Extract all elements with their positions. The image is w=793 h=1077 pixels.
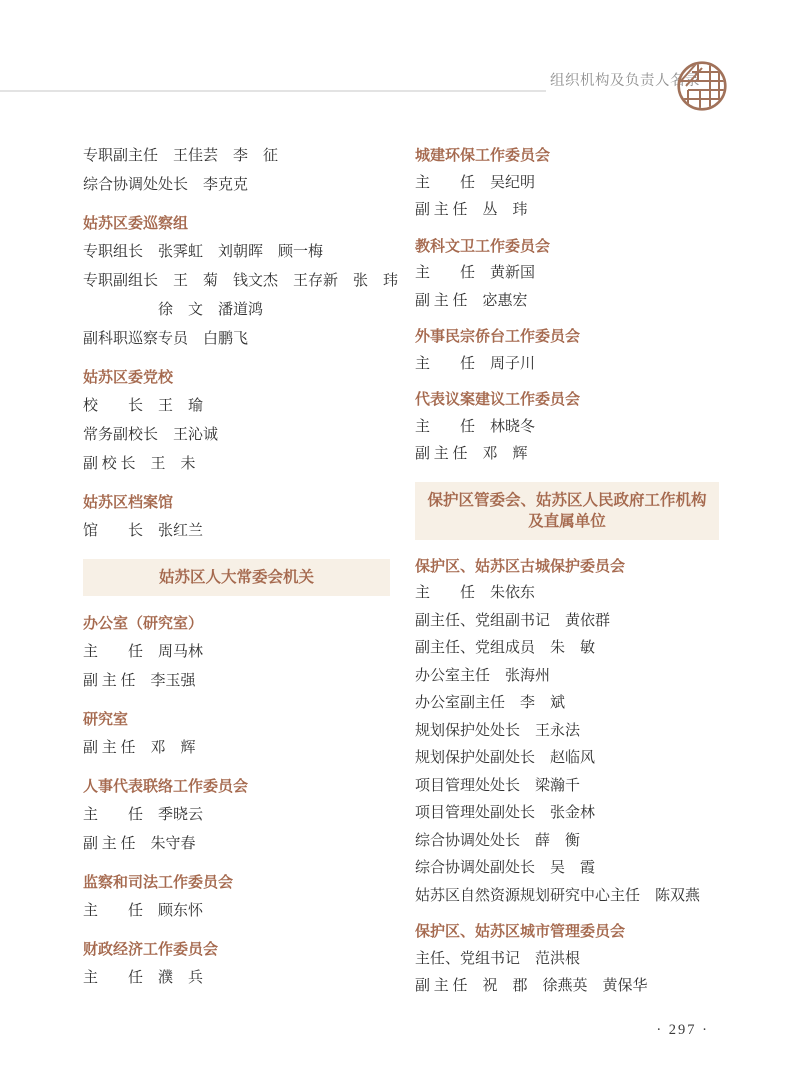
personnel-line: 综合协调处处长 李克克 — [83, 171, 390, 200]
org-name-heading: 保护区、姑苏区城市管理委员会 — [415, 918, 719, 946]
org-name-heading: 城建环保工作委员会 — [415, 142, 719, 170]
personnel-line: 综合协调处处长 薛 衡 — [415, 828, 719, 856]
running-head-title: 组织机构及负责人名录 — [550, 69, 674, 90]
personnel-line: 专职组长 张霁虹 刘朝晖 顾一梅 — [83, 238, 390, 267]
org-section: 保护区、姑苏区古城保护委员会主 任 朱依东副主任、党组副书记 黄依群副主任、党组… — [415, 553, 719, 911]
personnel-line: 主任、党组书记 范洪根 — [415, 946, 719, 974]
personnel-line: 常务副校长 王沁诚 — [83, 421, 390, 450]
org-name-heading: 代表议案建议工作委员会 — [415, 386, 719, 414]
personnel-line: 专职副主任 王佳芸 李 征 — [83, 142, 390, 171]
personnel-line: 主 任 林晓冬 — [415, 414, 719, 442]
org-section: 办公室（研究室）主 任 周马林副 主 任 李玉强 — [83, 609, 390, 696]
personnel-line: 项目管理处处长 梁瀚千 — [415, 773, 719, 801]
lattice-window-seal-icon — [676, 60, 728, 112]
org-name-heading: 姑苏区委巡察组 — [83, 209, 390, 238]
personnel-line: 办公室主任 张海州 — [415, 663, 719, 691]
personnel-line: 馆 长 张红兰 — [83, 517, 390, 546]
personnel-line: 主 任 季晓云 — [83, 801, 390, 830]
org-section: 外事民宗侨台工作委员会主 任 周子川 — [415, 323, 719, 378]
personnel-line: 副 主 任 丛 玮 — [415, 197, 719, 225]
personnel-line: 徐 文 潘道鸿 — [83, 296, 390, 325]
yearbook-page: 组织机构及负责人名录 — [0, 0, 793, 1077]
personnel-line: 规划保护处副处长 赵临风 — [415, 745, 719, 773]
personnel-line: 副 主 任 邓 辉 — [83, 734, 390, 763]
running-head: 组织机构及负责人名录 — [0, 58, 793, 114]
org-name-heading: 人事代表联络工作委员会 — [83, 772, 390, 801]
personnel-line: 主 任 朱依东 — [415, 580, 719, 608]
org-section: 姑苏区委党校校 长 王 瑜常务副校长 王沁诚副 校 长 王 未 — [83, 363, 390, 479]
org-section: 研究室副 主 任 邓 辉 — [83, 705, 390, 763]
page-body: 专职副主任 王佳芸 李 征综合协调处处长 李克克姑苏区委巡察组专职组长 张霁虹 … — [83, 142, 719, 1001]
personnel-line: 综合协调处副处长 吴 霞 — [415, 855, 719, 883]
org-name-heading: 研究室 — [83, 705, 390, 734]
personnel-line: 副 主 任 宓惠宏 — [415, 288, 719, 316]
org-name-heading: 监察和司法工作委员会 — [83, 868, 390, 897]
org-name-heading: 财政经济工作委员会 — [83, 935, 390, 964]
personnel-line: 副 主 任 祝 郡 徐燕英 黄保华 — [415, 973, 719, 1001]
org-section: 姑苏区委巡察组专职组长 张霁虹 刘朝晖 顾一梅专职副组长 王 菊 钱文杰 王存新… — [83, 209, 390, 354]
personnel-line: 项目管理处副处长 张金林 — [415, 800, 719, 828]
personnel-line: 副 校 长 王 未 — [83, 450, 390, 479]
org-section: 城建环保工作委员会主 任 吴纪明副 主 任 丛 玮 — [415, 142, 719, 225]
page-number: · 297 · — [656, 1022, 709, 1039]
personnel-line: 副 主 任 邓 辉 — [415, 441, 719, 469]
group-banner: 姑苏区人大常委会机关 — [83, 559, 390, 596]
org-name-heading: 教科文卫工作委员会 — [415, 233, 719, 261]
personnel-line: 主 任 顾东怀 — [83, 897, 390, 926]
personnel-line: 副科职巡察专员 白鹏飞 — [83, 325, 390, 354]
personnel-line: 主 任 濮 兵 — [83, 964, 390, 993]
personnel-line: 规划保护处处长 王永法 — [415, 718, 719, 746]
personnel-line: 姑苏区自然资源规划研究中心主任 陈双燕 — [415, 883, 719, 911]
personnel-line: 校 长 王 瑜 — [83, 392, 390, 421]
personnel-line: 办公室副主任 李 斌 — [415, 690, 719, 718]
org-section: 姑苏区档案馆馆 长 张红兰 — [83, 488, 390, 546]
org-section: 人事代表联络工作委员会主 任 季晓云副 主 任 朱守春 — [83, 772, 390, 859]
org-section-continued: 专职副主任 王佳芸 李 征综合协调处处长 李克克 — [83, 142, 390, 200]
org-name-heading: 姑苏区档案馆 — [83, 488, 390, 517]
personnel-line: 副 主 任 李玉强 — [83, 667, 390, 696]
header-rule — [0, 90, 546, 92]
org-section: 监察和司法工作委员会主 任 顾东怀 — [83, 868, 390, 926]
personnel-line: 专职副组长 王 菊 钱文杰 王存新 张 玮 — [83, 267, 390, 296]
personnel-line: 主 任 周子川 — [415, 351, 719, 379]
org-section: 保护区、姑苏区城市管理委员会主任、党组书记 范洪根副 主 任 祝 郡 徐燕英 黄… — [415, 918, 719, 1001]
org-name-heading: 保护区、姑苏区古城保护委员会 — [415, 553, 719, 581]
org-name-heading: 外事民宗侨台工作委员会 — [415, 323, 719, 351]
personnel-line: 主 任 吴纪明 — [415, 170, 719, 198]
group-banner: 保护区管委会、姑苏区人民政府工作机构及直属单位 — [415, 482, 719, 540]
right-column: 城建环保工作委员会主 任 吴纪明副 主 任 丛 玮教科文卫工作委员会主 任 黄新… — [415, 142, 719, 1001]
personnel-line: 副主任、党组副书记 黄依群 — [415, 608, 719, 636]
personnel-line: 主 任 黄新国 — [415, 260, 719, 288]
org-section: 代表议案建议工作委员会主 任 林晓冬副 主 任 邓 辉 — [415, 386, 719, 469]
org-section: 财政经济工作委员会主 任 濮 兵 — [83, 935, 390, 993]
personnel-line: 副主任、党组成员 朱 敏 — [415, 635, 719, 663]
org-name-heading: 办公室（研究室） — [83, 609, 390, 638]
org-name-heading: 姑苏区委党校 — [83, 363, 390, 392]
personnel-line: 主 任 周马林 — [83, 638, 390, 667]
left-column: 专职副主任 王佳芸 李 征综合协调处处长 李克克姑苏区委巡察组专职组长 张霁虹 … — [83, 142, 390, 1001]
org-section: 教科文卫工作委员会主 任 黄新国副 主 任 宓惠宏 — [415, 233, 719, 316]
personnel-line: 副 主 任 朱守春 — [83, 830, 390, 859]
